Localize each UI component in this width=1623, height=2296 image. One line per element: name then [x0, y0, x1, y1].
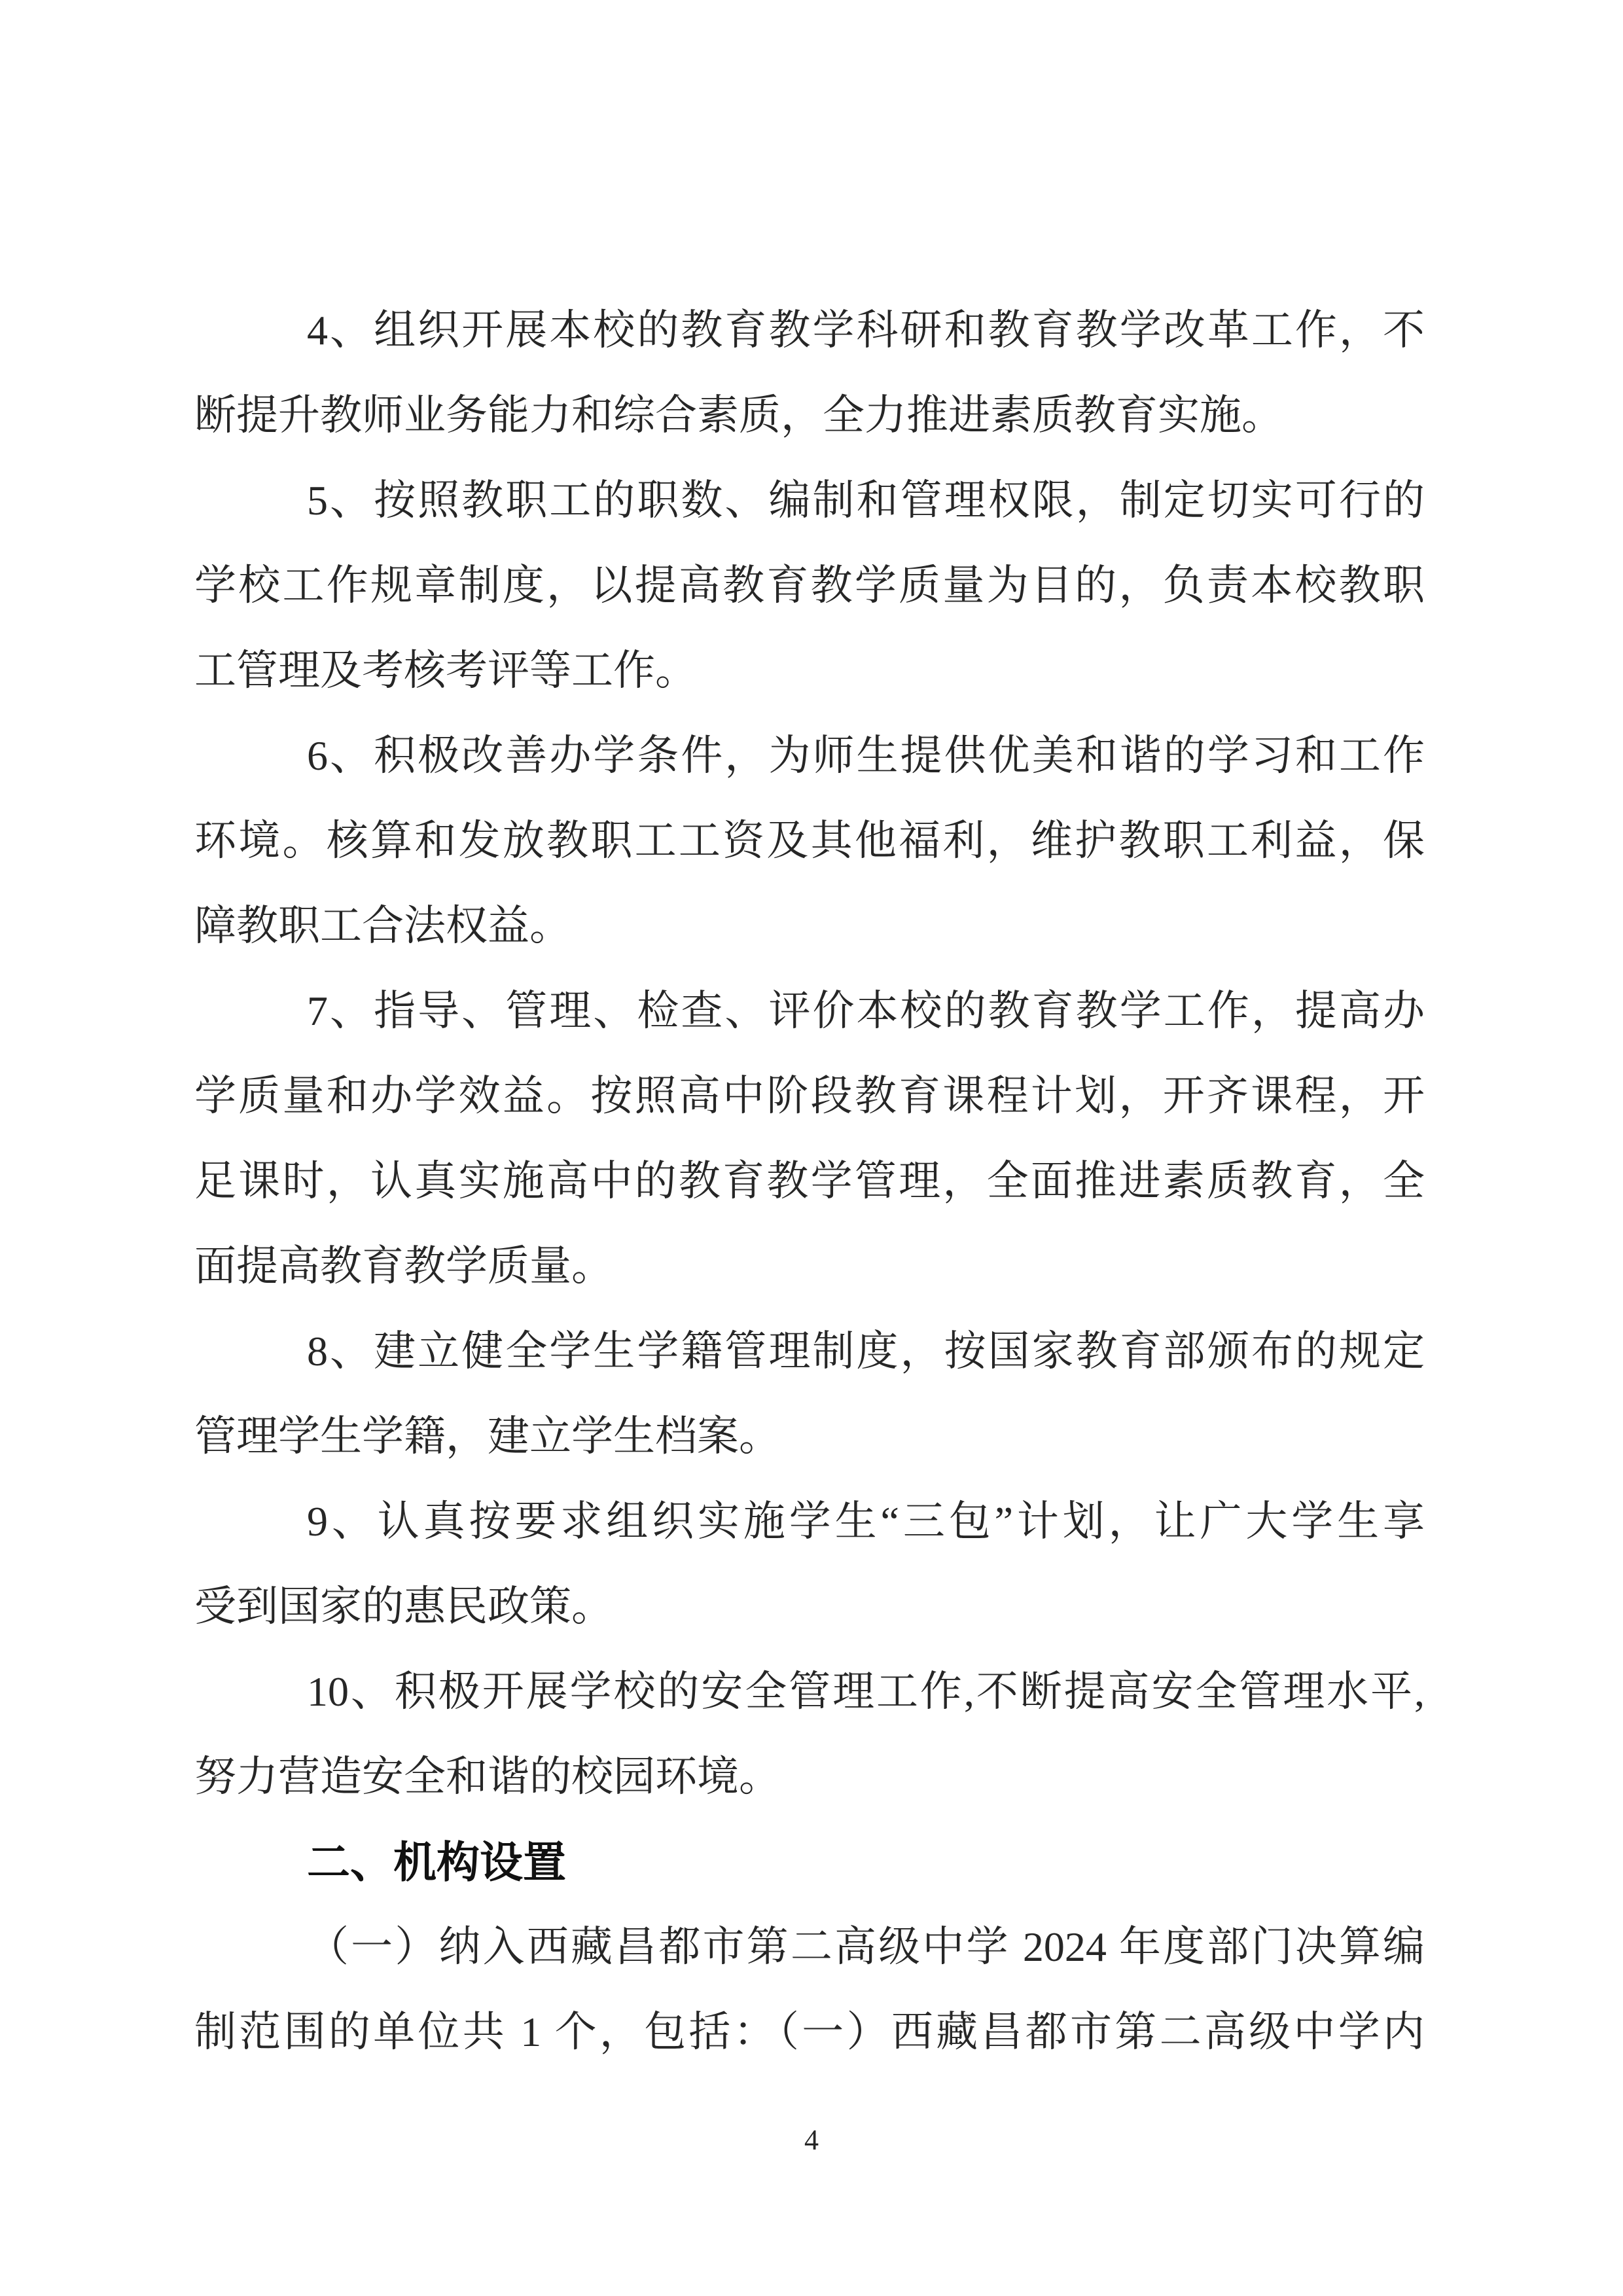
paragraph: 9、认真按要求组织实施学生“三包”计划，让广大学生享受到国家的惠民政策。 — [194, 1479, 1425, 1649]
document-body: 4、组织开展本校的教育教学科研和教育教学改革工作，不断提升教师业务能力和综合素质… — [194, 288, 1425, 2075]
page-number: 4 — [804, 2124, 819, 2156]
text-line: 断提升教师业务能力和综合素质，全力推进素质教育实施。 — [194, 373, 1425, 458]
text-line: 二、机构设置 — [194, 1820, 1425, 1905]
paragraph: 5、按照教职工的职数、编制和管理权限，制定切实可行的学校工作规章制度，以提高教育… — [194, 458, 1425, 713]
text-line: 9、认真按要求组织实施学生“三包”计划，让广大学生享 — [194, 1479, 1425, 1564]
text-line: 8、建立健全学生学籍管理制度，按国家教育部颁布的规定 — [194, 1309, 1425, 1394]
text-line: 努力营造安全和谐的校园环境。 — [194, 1734, 1425, 1820]
text-line: 6、积极改善办学条件，为师生提供优美和谐的学习和工作 — [194, 713, 1425, 798]
section-heading: 二、机构设置 — [194, 1820, 1425, 1905]
text-line: 面提高教育教学质量。 — [194, 1224, 1425, 1309]
text-line: （一）纳入西藏昌都市第二高级中学 2024 年度部门决算编 — [194, 1905, 1425, 1990]
paragraph: （一）纳入西藏昌都市第二高级中学 2024 年度部门决算编制范围的单位共 1 个… — [194, 1905, 1425, 2075]
paragraph: 8、建立健全学生学籍管理制度，按国家教育部颁布的规定管理学生学籍，建立学生档案。 — [194, 1309, 1425, 1479]
text-line: 学质量和办学效益。按照高中阶段教育课程计划，开齐课程，开 — [194, 1054, 1425, 1139]
text-line: 制范围的单位共 1 个，包括：（一）西藏昌都市第二高级中学内 — [194, 1990, 1425, 2075]
text-line: 足课时，认真实施高中的教育教学管理，全面推进素质教育，全 — [194, 1139, 1425, 1224]
paragraph: 6、积极改善办学条件，为师生提供优美和谐的学习和工作环境。核算和发放教职工工资及… — [194, 713, 1425, 969]
text-line: 5、按照教职工的职数、编制和管理权限，制定切实可行的 — [194, 458, 1425, 543]
text-line: 4、组织开展本校的教育教学科研和教育教学改革工作，不 — [194, 288, 1425, 373]
page-footer: 4 — [0, 2121, 1623, 2160]
text-line: 7、指导、管理、检查、评价本校的教育教学工作，提高办 — [194, 969, 1425, 1054]
text-line: 学校工作规章制度，以提高教育教学质量为目的，负责本校教职 — [194, 543, 1425, 628]
paragraph: 10、积极开展学校的安全管理工作,不断提高安全管理水平,努力营造安全和谐的校园环… — [194, 1649, 1425, 1820]
text-line: 管理学生学籍，建立学生档案。 — [194, 1394, 1425, 1479]
paragraph: 4、组织开展本校的教育教学科研和教育教学改革工作，不断提升教师业务能力和综合素质… — [194, 288, 1425, 458]
text-line: 工管理及考核考评等工作。 — [194, 628, 1425, 713]
text-line: 障教职工合法权益。 — [194, 884, 1425, 969]
text-line: 受到国家的惠民政策。 — [194, 1564, 1425, 1649]
text-line: 10、积极开展学校的安全管理工作,不断提高安全管理水平, — [194, 1649, 1425, 1734]
text-line: 环境。核算和发放教职工工资及其他福利，维护教职工利益，保 — [194, 798, 1425, 884]
document-page: 4、组织开展本校的教育教学科研和教育教学改革工作，不断提升教师业务能力和综合素质… — [0, 0, 1623, 2296]
paragraph: 7、指导、管理、检查、评价本校的教育教学工作，提高办学质量和办学效益。按照高中阶… — [194, 969, 1425, 1309]
